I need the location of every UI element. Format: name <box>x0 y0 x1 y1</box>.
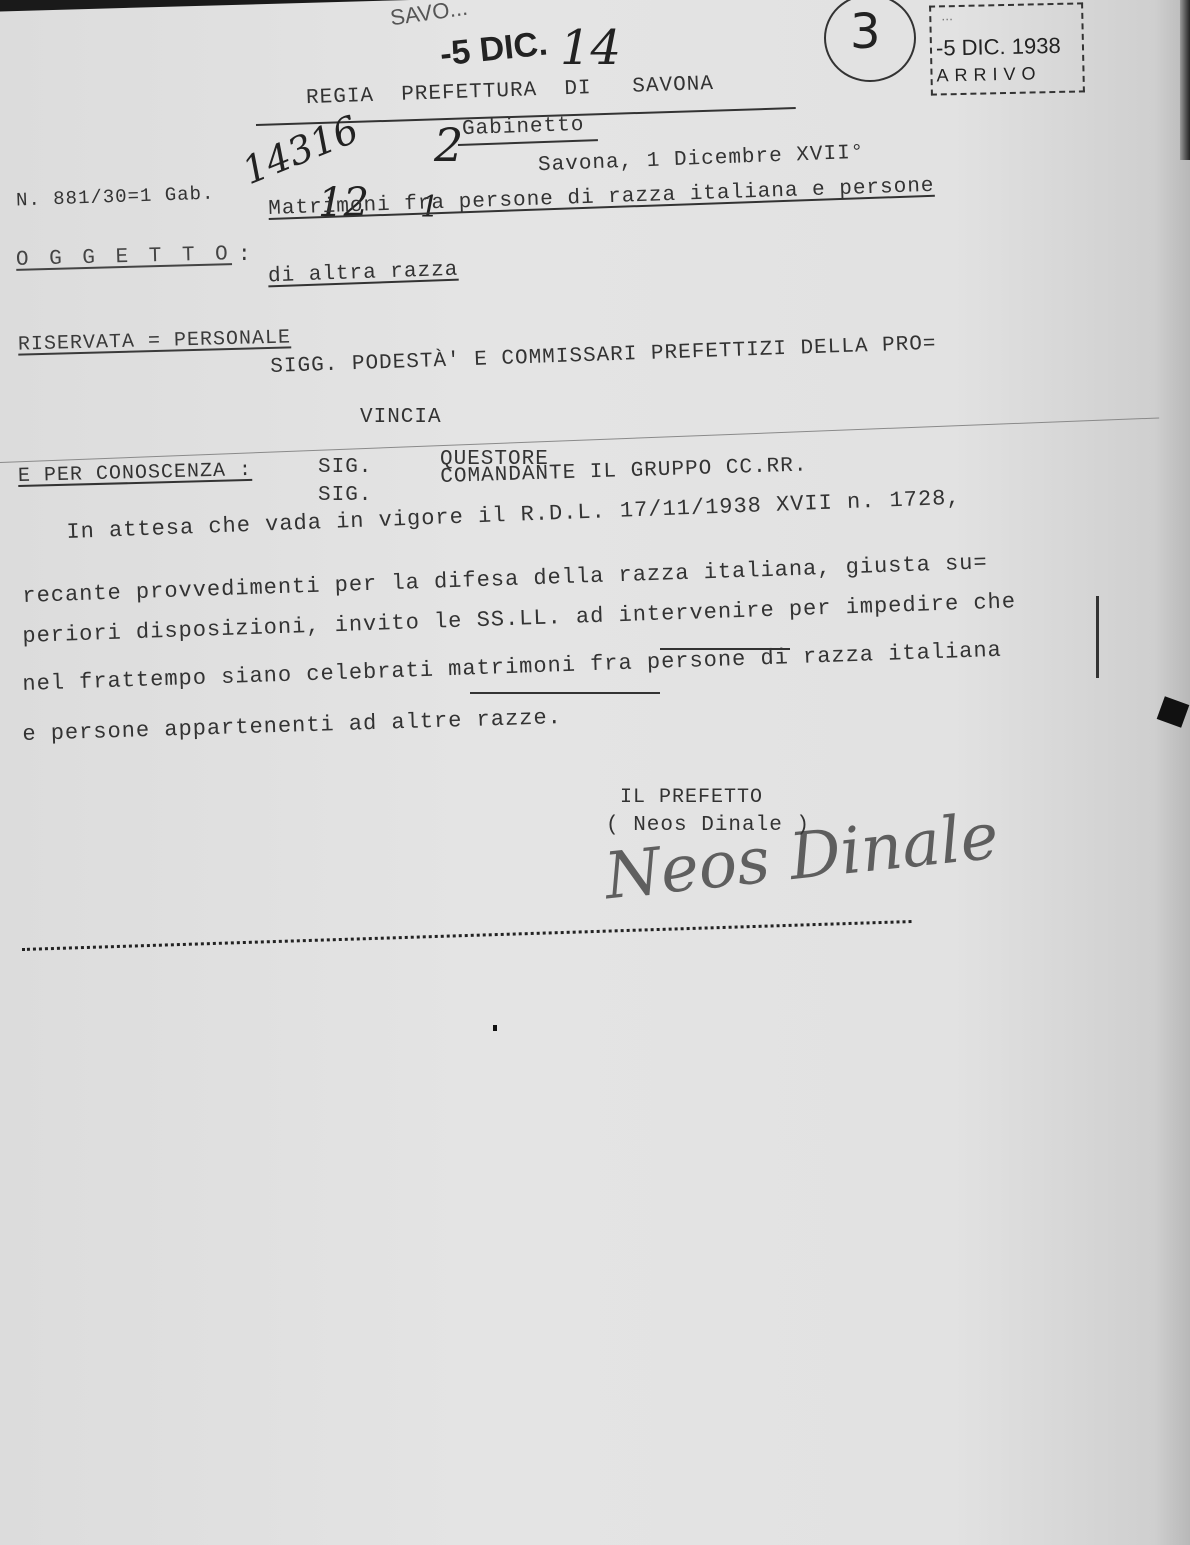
signature-title: IL PREFETTO <box>620 786 763 809</box>
recipients-line-1: SIGG. PODESTÀ' E COMMISSARI PREFETTIZI D… <box>270 333 937 379</box>
cc-title-1: SIG. <box>318 456 372 479</box>
underline-intervenire <box>660 648 790 650</box>
arrival-stamp: ... -5 DIC. 1938 ARRIVO <box>929 2 1085 95</box>
classification: RISERVATA = PERSONALE <box>18 326 292 356</box>
subject-separator: : <box>238 244 252 267</box>
cc-label: E PER CONOSCENZA : <box>18 459 253 488</box>
guide-line <box>0 417 1159 463</box>
body-line-5: e persone appartenenti ad altre razze. <box>22 705 562 747</box>
arrival-stamp-label: ARRIVO <box>936 63 1041 86</box>
subject-line-2: di altra razza <box>268 259 459 289</box>
document-page: SAVO... -5 DIC. 14 3 ... -5 DIC. 1938 AR… <box>0 0 1190 1545</box>
place-date: Savona, 1 Dicembre XVII° <box>538 142 865 178</box>
circled-number: 3 <box>824 0 916 82</box>
margin-smudge <box>1157 696 1190 727</box>
underline-matrimoni <box>470 692 660 694</box>
subject-label: O G G E T T O <box>16 243 232 272</box>
office-name: Gabinetto <box>462 114 585 141</box>
body-line-4: nel frattempo siano celebrati matrimoni … <box>22 638 1002 697</box>
received-stamp-partial: SAVO... <box>389 0 470 31</box>
circled-number-text: 3 <box>850 4 881 60</box>
handwritten-2: 2 <box>434 118 463 172</box>
dotted-line <box>22 920 912 954</box>
arrival-stamp-date: -5 DIC. 1938 <box>936 33 1061 62</box>
received-stamp-date: -5 DIC. <box>438 24 549 74</box>
ink-dot <box>493 1025 497 1031</box>
authority-heading: REGIA PREFETTURA DI SAVONA <box>306 73 715 110</box>
cc-title-2: SIG. <box>318 484 372 507</box>
scan-edge <box>1180 0 1190 160</box>
reference-number: N. 881/30=1 Gab. <box>16 183 215 212</box>
body-line-1: In attesa che vada in vigore il R.D.L. 1… <box>66 486 961 545</box>
handwritten-number-top: 14 <box>560 20 621 76</box>
arrival-stamp-header: ... <box>941 7 953 23</box>
recipients-line-2: VINCIA <box>360 406 442 429</box>
margin-bracket <box>1096 596 1099 678</box>
